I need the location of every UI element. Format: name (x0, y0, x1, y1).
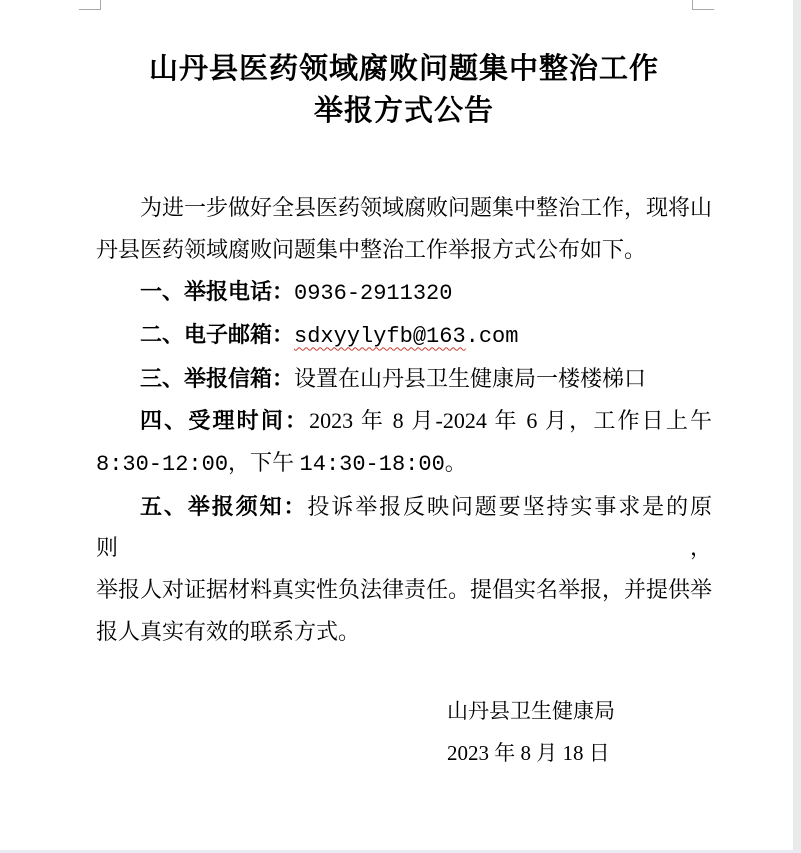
body-text-segment: 为进一步做好全县医药领域腐败问题集中整治工作，现将山 (140, 195, 712, 220)
signature-date: 2023 年 8 月 18 日 (447, 732, 615, 774)
body-text-segment: 。 (445, 450, 467, 475)
section-label: 四、受理时间： (140, 408, 309, 433)
title-line-2: 举报方式公告 (96, 90, 712, 132)
body-line: 三、举报信箱：设置在山丹县卫生健康局一楼楼梯口 (96, 358, 712, 400)
body-line: 为进一步做好全县医药领域腐败问题集中整治工作，现将山 (96, 187, 712, 229)
section-label: 一、举报电话： (140, 279, 294, 304)
body-text-segment: 举报人对证据材料真实性负法律责任。提倡实名举报，并提供举 (96, 577, 712, 602)
body-line: 8:30-12:00，下午 14:30-18:00。 (96, 442, 712, 486)
body-text-segment: 14:30-18:00 (300, 452, 445, 477)
body-line: 一、举报电话：0936-2911320 (96, 271, 712, 315)
body-text-segment: 报人真实有效的联系方式。 (96, 619, 360, 644)
body-line: 二、电子邮箱：sdxyylyfb@163.com (96, 314, 712, 358)
body-text-segment: 丹县医药领域腐败问题集中整治工作举报方式公布如下。 (96, 237, 646, 262)
section-label: 五、举报须知： (140, 494, 307, 519)
body-line: 丹县医药领域腐败问题集中整治工作举报方式公布如下。 (96, 229, 712, 271)
body-text-segment: 8:30-12:00 (96, 452, 228, 477)
document-title: 山丹县医药领域腐败问题集中整治工作 举报方式公告 (96, 48, 712, 132)
body-text-segment: 0936-2911320 (294, 281, 452, 306)
editor-right-gutter (793, 0, 801, 853)
body-line: 五、举报须知：投诉举报反映问题要坚持实事求是的原则， (96, 486, 712, 570)
body-line: 四、受理时间：2023 年 8 月-2024 年 6 月，工作日上午 (96, 400, 712, 442)
document-body: 为进一步做好全县医药领域腐败问题集中整治工作，现将山丹县医药领域腐败问题集中整治… (96, 187, 712, 653)
body-line: 举报人对证据材料真实性负法律责任。提倡实名举报，并提供举 (96, 569, 712, 611)
email-misspelled-text: sdxyylyfb@163 (294, 324, 466, 349)
body-text-segment: .com (466, 324, 519, 349)
signature-org: 山丹县卫生健康局 (447, 690, 615, 732)
title-line-1: 山丹县医药领域腐败问题集中整治工作 (96, 48, 712, 90)
body-text-segment: 设置在山丹县卫生健康局一楼楼梯口 (294, 366, 646, 391)
section-label: 二、电子邮箱： (140, 322, 294, 347)
margin-mark-top-left (79, 0, 102, 11)
body-text-segment: 2023 年 8 月-2024 年 6 月，工作日上午 (309, 408, 712, 433)
margin-mark-top-right (692, 0, 718, 11)
signature-block: 山丹县卫生健康局 2023 年 8 月 18 日 (447, 690, 615, 774)
body-line: 报人真实有效的联系方式。 (96, 611, 712, 653)
body-text-segment: ，下午 (228, 450, 300, 475)
section-label: 三、举报信箱： (140, 366, 294, 391)
document-page[interactable]: 山丹县医药领域腐败问题集中整治工作 举报方式公告 为进一步做好全县医药领域腐败问… (0, 0, 793, 850)
